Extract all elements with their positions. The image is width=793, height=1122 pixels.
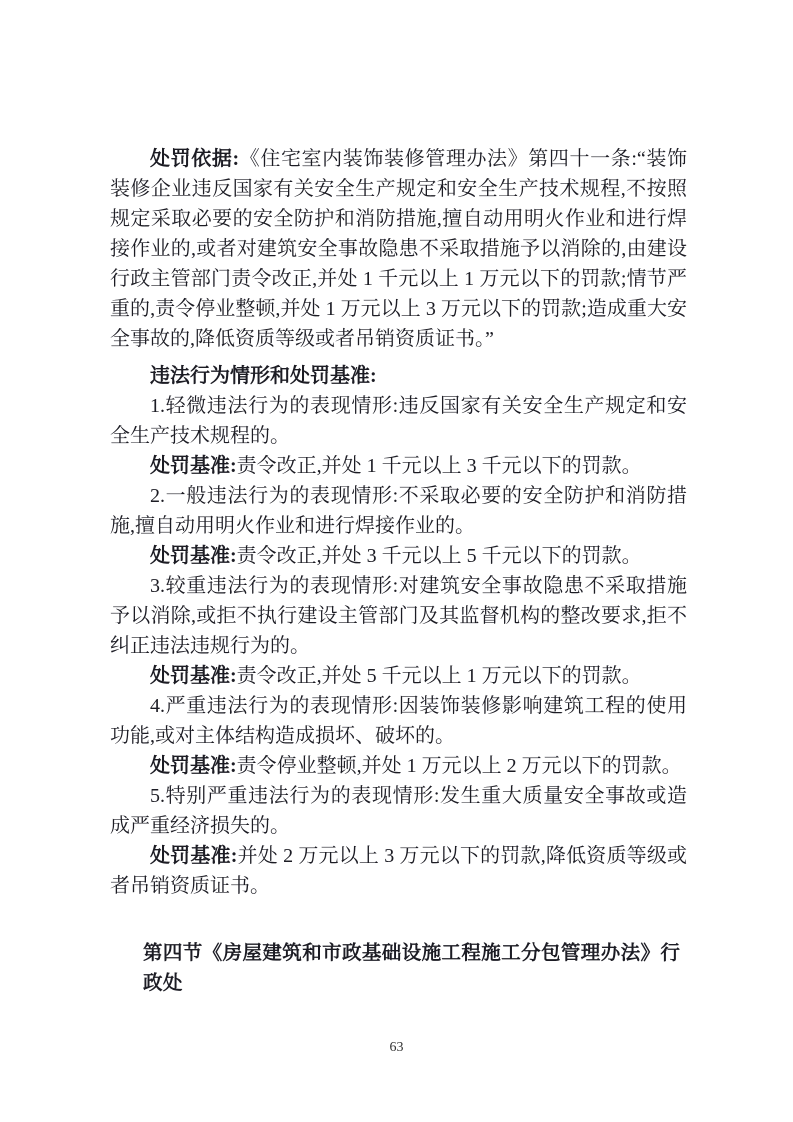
paragraph-text: 1.轻微违法行为的表现情形:违反国家有关安全生产规定和安全生产技术规程的。 <box>110 395 687 447</box>
paragraph-text: 5.特别严重违法行为的表现情形:发生重大质量安全事故或造成严重经济损失的。 <box>110 785 687 837</box>
document-body: 处罚依据:《住宅室内装饰装修管理办法》第四十一条:“装饰装修企业违反国家有关安全… <box>110 144 687 999</box>
paragraph-label: 违法行为情形和处罚基准: <box>150 365 377 387</box>
paragraph-text: 责令改正,并处 3 千元以上 5 千元以下的罚款。 <box>237 545 642 567</box>
paragraph-text: 4.严重违法行为的表现情形:因装饰装修影响建筑工程的使用功能,或对主体结构造成损… <box>110 695 687 747</box>
paragraph-penalty-4: 处罚基准:责令停业整顿,并处 1 万元以上 2 万元以下的罚款。 <box>110 751 687 781</box>
paragraph-penalty-basis: 处罚依据:《住宅室内装饰装修管理办法》第四十一条:“装饰装修企业违反国家有关安全… <box>110 144 687 354</box>
paragraph-label: 处罚基准: <box>150 755 237 777</box>
paragraph-penalty-2: 处罚基准:责令改正,并处 3 千元以上 5 千元以下的罚款。 <box>110 541 687 571</box>
paragraph-violation-5: 5.特别严重违法行为的表现情形:发生重大质量安全事故或造成严重经济损失的。 <box>110 781 687 841</box>
document-page: 处罚依据:《住宅室内装饰装修管理办法》第四十一条:“装饰装修企业违反国家有关安全… <box>0 0 793 1122</box>
paragraph-text: 2.一般违法行为的表现情形:不采取必要的安全防护和消防措施,擅自动用明火作业和进… <box>110 485 687 537</box>
paragraph-violation-1: 1.轻微违法行为的表现情形:违反国家有关安全生产规定和安全生产技术规程的。 <box>110 391 687 451</box>
paragraph-violations-heading: 违法行为情形和处罚基准: <box>110 361 687 391</box>
paragraph-penalty-3: 处罚基准:责令改正,并处 5 千元以上 1 万元以下的罚款。 <box>110 661 687 691</box>
paragraph-text: 责令改正,并处 1 千元以上 3 千元以下的罚款。 <box>237 455 642 477</box>
paragraph-label: 处罚基准: <box>150 545 237 567</box>
page-number: 63 <box>0 1040 793 1056</box>
paragraph-violation-2: 2.一般违法行为的表现情形:不采取必要的安全防护和消防措施,擅自动用明火作业和进… <box>110 481 687 541</box>
section-heading: 第四节《房屋建筑和市政基础设施工程施工分包管理办法》行政处 <box>110 939 687 999</box>
paragraph-text: 《住宅室内装饰装修管理办法》第四十一条:“装饰装修企业违反国家有关安全生产规定和… <box>110 148 687 350</box>
paragraph-text: 3.较重违法行为的表现情形:对建筑安全事故隐患不采取措施予以消除,或拒不执行建设… <box>110 575 687 657</box>
paragraph-text: 责令停业整顿,并处 1 万元以上 2 万元以下的罚款。 <box>237 755 682 777</box>
paragraph-text: 责令改正,并处 5 千元以上 1 万元以下的罚款。 <box>237 665 642 687</box>
paragraph-violation-3: 3.较重违法行为的表现情形:对建筑安全事故隐患不采取措施予以消除,或拒不执行建设… <box>110 571 687 661</box>
paragraph-label: 处罚基准: <box>150 455 237 477</box>
paragraph-label: 处罚基准: <box>150 665 237 687</box>
paragraph-penalty-1: 处罚基准:责令改正,并处 1 千元以上 3 千元以下的罚款。 <box>110 451 687 481</box>
paragraph-label: 处罚基准: <box>150 845 237 867</box>
paragraph-penalty-5: 处罚基准:并处 2 万元以上 3 万元以下的罚款,降低资质等级或者吊销资质证书。 <box>110 841 687 901</box>
paragraph-violation-4: 4.严重违法行为的表现情形:因装饰装修影响建筑工程的使用功能,或对主体结构造成损… <box>110 691 687 751</box>
paragraph-label: 处罚依据: <box>150 148 239 170</box>
